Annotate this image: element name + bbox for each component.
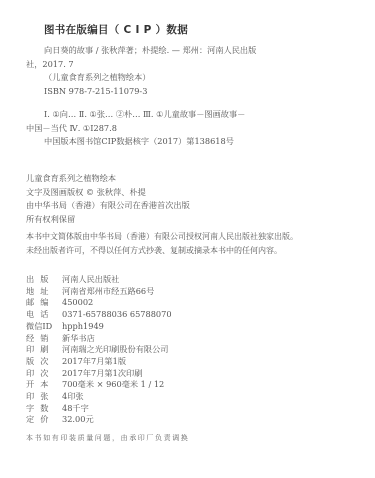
info-value: 河南人民出版社	[62, 274, 172, 286]
copyright-page: 图书在版编目（ C I P ）数据 向日葵的故事 / 张秋萍著；朴提绘. — 郑…	[0, 0, 375, 478]
info-row: 电话0371-65788036 65788070	[26, 309, 172, 321]
info-row: 印次2017年7月第1次印刷	[26, 368, 172, 380]
info-value: 4印张	[62, 391, 172, 403]
info-row: 字数48千字	[26, 403, 172, 415]
license-line: 未经出版者许可，不得以任何方式抄袭、复制或摘录本书中的任何内容。	[26, 244, 298, 258]
info-label: 印次	[26, 368, 62, 380]
info-row: 微信IDhpph1949	[26, 321, 172, 333]
info-label: 出版	[26, 274, 62, 286]
quality-notice: 本书如有印装质量问题，由承印厂负责调换	[26, 433, 189, 443]
cip-record: 向日葵的故事 / 张秋萍著；朴提绘. — 郑州：河南人民出版 社，2017. 7…	[26, 44, 286, 135]
info-row: 开本700毫米 × 960毫米 1 / 12	[26, 379, 172, 391]
info-label: 版次	[26, 356, 62, 368]
cip-title-line: 向日葵的故事 / 张秋萍著；朴提绘. — 郑州：河南人民出版	[26, 44, 286, 58]
info-label: 地址	[26, 286, 62, 298]
publication-info-table: 出版河南人民出版社 地址河南省郑州市经五路66号 邮编450002 电话0371…	[26, 274, 172, 426]
info-row: 邮编450002	[26, 297, 172, 309]
rights-reserved: 所有权利保留	[26, 213, 190, 227]
info-row: 出版河南人民出版社	[26, 274, 172, 286]
cip-title-line-cont: 社，2017. 7	[26, 58, 286, 72]
copyright-holders: 文字及图画版权 © 张秋萍、朴提	[26, 186, 190, 200]
info-row: 地址河南省郑州市经五路66号	[26, 286, 172, 298]
cip-series-line: （儿童食育系列之植物绘本）	[26, 71, 286, 85]
license-line: 本书中文简体版由中华书局（香港）有限公司授权河南人民出版社独家出版。	[26, 230, 298, 244]
info-label: 字数	[26, 403, 62, 415]
info-value: 河南瑞之光印刷股份有限公司	[62, 344, 172, 356]
info-value: 2017年7月第1版	[62, 356, 172, 368]
info-value: 新华书店	[62, 333, 172, 345]
info-value: 2017年7月第1次印刷	[62, 368, 172, 380]
info-label: 印张	[26, 391, 62, 403]
cip-record-number: 中国版本图书馆CIP数据核字（2017）第138618号	[44, 136, 234, 147]
info-row: 印张4印张	[26, 391, 172, 403]
info-label: 电话	[26, 309, 62, 321]
info-value: 450002	[62, 297, 172, 309]
info-value: 32.00元	[62, 414, 172, 426]
info-row: 版次2017年7月第1版	[26, 356, 172, 368]
info-value: hpph1949	[62, 321, 172, 333]
cip-heading: 图书在版编目（ C I P ）数据	[44, 22, 188, 37]
info-label: 经销	[26, 333, 62, 345]
info-value: 河南省郑州市经五路66号	[62, 286, 172, 298]
info-value: 0371-65788036 65788070	[62, 309, 172, 321]
info-row: 经销新华书店	[26, 333, 172, 345]
spacer	[26, 98, 286, 108]
info-value: 700毫米 × 960毫米 1 / 12	[62, 379, 172, 391]
cip-classification-line-cont: 中国－当代 Ⅳ. ①I287.8	[26, 122, 286, 136]
info-value: 48千字	[62, 403, 172, 415]
info-label: 微信ID	[26, 321, 62, 333]
info-row: 定价32.00元	[26, 414, 172, 426]
info-label: 开本	[26, 379, 62, 391]
first-publication-note: 由中华书局（香港）有限公司在香港首次出版	[26, 199, 190, 213]
series-name: 儿童食育系列之植物绘本	[26, 172, 190, 186]
cip-classification-line: Ⅰ. ①向… Ⅱ. ①张… ②朴… Ⅲ. ①儿童故事－图画故事－	[26, 108, 286, 122]
license-notice: 本书中文简体版由中华书局（香港）有限公司授权河南人民出版社独家出版。 未经出版者…	[26, 230, 298, 258]
series-copyright-block: 儿童食育系列之植物绘本 文字及图画版权 © 张秋萍、朴提 由中华书局（香港）有限…	[26, 172, 190, 226]
info-label: 邮编	[26, 297, 62, 309]
cip-isbn-line: ISBN 978-7-215-11079-3	[26, 85, 286, 99]
info-label: 印刷	[26, 344, 62, 356]
info-row: 印刷河南瑞之光印刷股份有限公司	[26, 344, 172, 356]
info-label: 定价	[26, 414, 62, 426]
